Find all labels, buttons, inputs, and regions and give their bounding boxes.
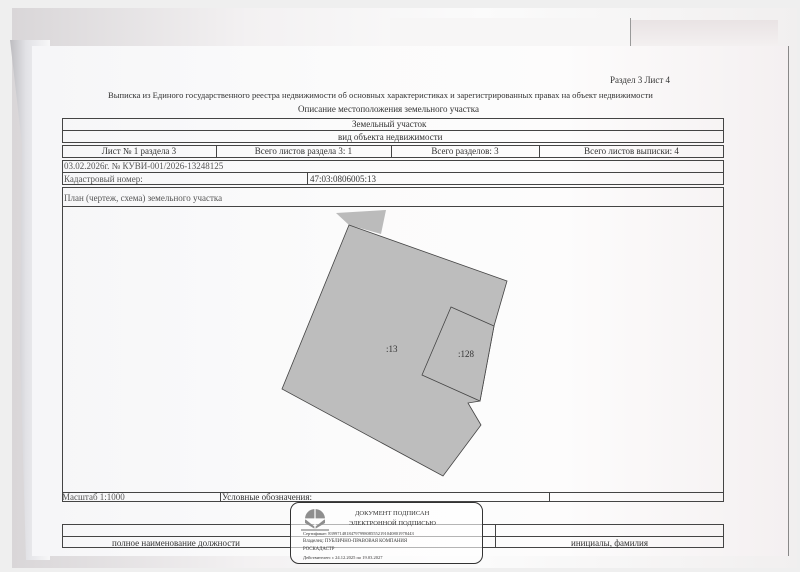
electronic-signature-stamp: ДОКУМЕНТ ПОДПИСАН ЭЛЕКТРОННОЙ ПОДПИСЬЮ С…: [290, 502, 483, 564]
parcel-13-label: :13: [386, 344, 398, 354]
stamp-validity: Действителен: с 24.12.2025 по 19.03.2027: [303, 556, 383, 561]
parcel-plan-drawing: :13 :128: [0, 0, 800, 572]
stamp-owner: Владелец: ПУБЛИЧНО-ПРАВОВАЯ КОМПАНИЯ: [303, 540, 407, 545]
stamp-certificate: Сертификат: 8399714818479799808555219104…: [303, 532, 414, 537]
name-caption: инициалы, фамилия: [495, 539, 724, 548]
stamp-line-2: ЭЛЕКТРОННОЙ ПОДПИСЬЮ: [349, 521, 436, 528]
position-caption: полное наименование должности: [62, 539, 290, 548]
legend-label: Условные обозначения:: [222, 493, 312, 502]
legend-row: [62, 492, 724, 502]
divider: [549, 492, 550, 502]
scale-label: Масштаб 1:1000: [62, 493, 125, 502]
divider: [220, 492, 221, 502]
parcel-128-label: :128: [458, 349, 475, 359]
stamp-owner-2: РОСКАДАСТР: [303, 548, 334, 553]
stamp-line-1: ДОКУМЕНТ ПОДПИСАН: [355, 511, 429, 518]
rosreestr-emblem-icon: [301, 505, 329, 531]
